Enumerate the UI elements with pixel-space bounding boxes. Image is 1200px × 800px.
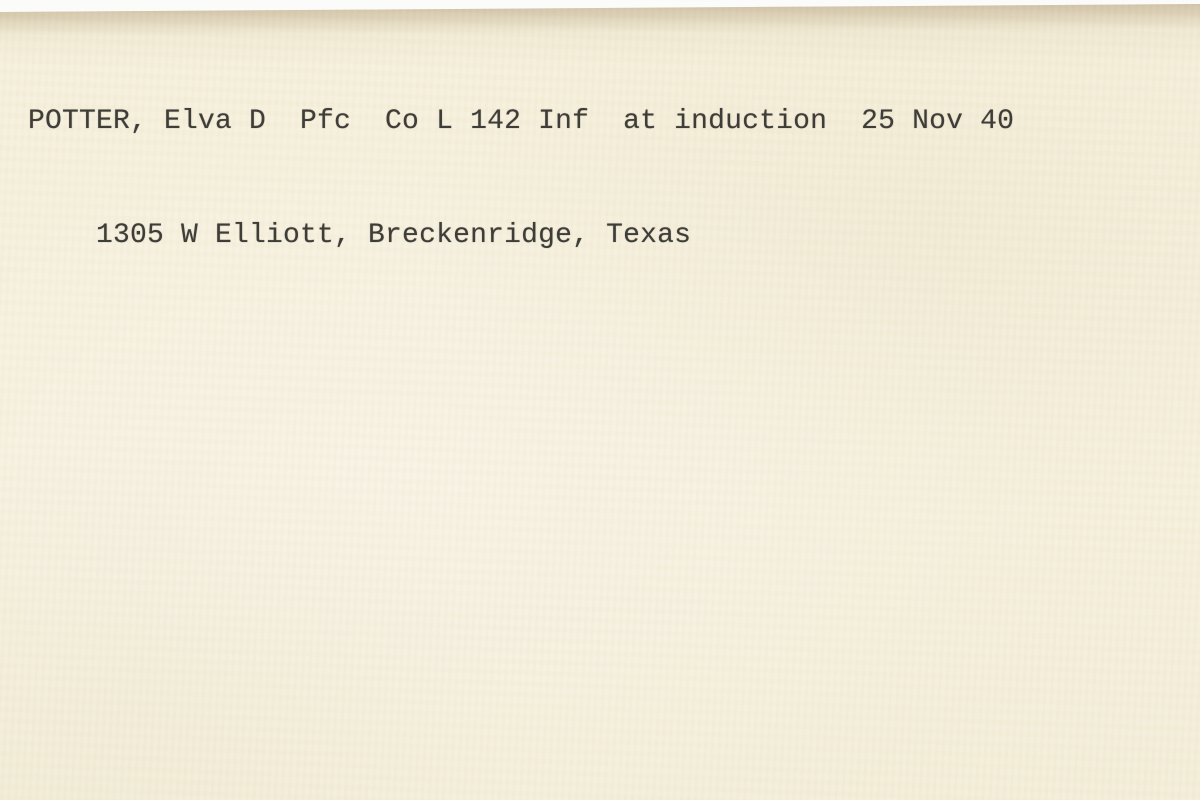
typed-line-name-rank-unit-date: POTTER, Elva D Pfc Co L 142 Inf at induc… [28, 103, 1014, 141]
typed-text-block: POTTER, Elva D Pfc Co L 142 Inf at induc… [28, 27, 1014, 331]
card-paper: POTTER, Elva D Pfc Co L 142 Inf at induc… [0, 0, 1200, 800]
scanned-index-card: POTTER, Elva D Pfc Co L 142 Inf at induc… [0, 0, 1200, 800]
typed-line-address: 1305 W Elliott, Breckenridge, Texas [28, 217, 1014, 255]
